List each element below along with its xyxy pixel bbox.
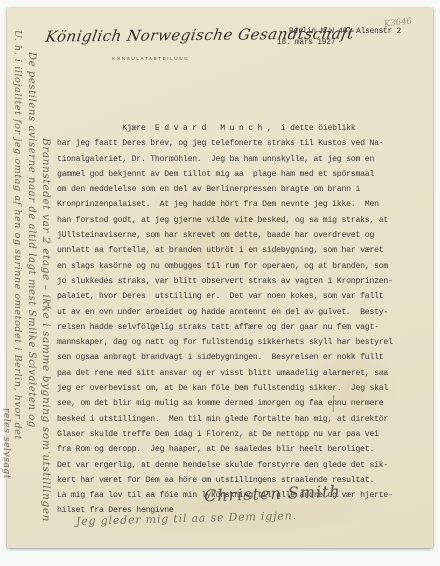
typed-line: ut av en ovn under arbeidet og hadde ann… xyxy=(57,305,419,320)
typed-line: jo slukkedes straks, var blitt observert… xyxy=(57,274,419,289)
typed-line: unnlatt aa fortelle, at branden utbröt i… xyxy=(57,243,419,258)
typed-line: Kronprinzenpalaiset. At jeg hadde hört f… xyxy=(57,197,419,212)
typed-line: jUllsteinaviserne, som har skrevet om de… xyxy=(57,228,419,243)
margin-note-line: U. h. i illojalitet for jeg omtag af hen… xyxy=(12,30,23,440)
typed-line: palaiet, hvor Deres utstilling er. Det v… xyxy=(57,289,419,304)
typed-line: en slags kasörne og nu ombugges til rum … xyxy=(57,259,419,274)
typed-line: Kjære E d v a r d M u n c h , i dette öi… xyxy=(57,121,419,136)
typed-line: fra Rom og deropp. Jeg haaper, at De saa… xyxy=(57,442,419,457)
typed-line: besked i utstillingen. Men til min glede… xyxy=(57,412,419,427)
typed-line: mannskaper, dag og natt og for fullstend… xyxy=(57,335,419,350)
typed-line: Glaser skulde treffe Dem idag i Florenz,… xyxy=(57,427,419,442)
typed-line: jeg er overbevisst om, at De kan föle De… xyxy=(57,381,419,396)
typed-line: har jeg faatt Deres brev, og jeg telefon… xyxy=(57,136,419,151)
typed-line: han forstod godt, at jeg gjerne vilde vi… xyxy=(57,213,419,228)
margin-note-line: De pestilens aviserne naar de altid lagt… xyxy=(26,52,37,428)
letterhead-department: KONSULATABTEILUNG xyxy=(112,56,189,61)
typed-line: sen ogsaa anbragt brandvagt i sidebygnin… xyxy=(57,350,419,365)
margin-note-line: Brannstedet var 2 etage – ikke i samme b… xyxy=(40,138,52,522)
typed-line: see, om det blir mig mulig aa komme dern… xyxy=(57,396,419,411)
margin-note-line: reles selvsagt xyxy=(1,408,11,479)
letter-body: Kjære E d v a r d M u n c h , i dette öi… xyxy=(57,121,419,519)
letter-date: 18. mars 1927 xyxy=(277,39,335,47)
scanned-letter-page: Königlich Norwegische Gesandtschaft KONS… xyxy=(0,0,440,566)
pencil-mark: x xyxy=(46,300,51,309)
typed-line: paa det rene med sitt ansvar og er visst… xyxy=(57,366,419,381)
typed-line: relsen hadde selvfölgelig straks tatt af… xyxy=(57,320,419,335)
typed-line: Det var ergerlig, at denne hendelse skul… xyxy=(57,458,419,473)
typed-line: gammel god bekjennt av Dem tillot mig aa… xyxy=(57,167,419,182)
typed-line: tionalgaleriet, Dr. Thormöhlen. Jeg ba h… xyxy=(57,152,419,167)
typed-line: om den meddelelse som en del av Berliner… xyxy=(57,182,419,197)
pencil-mark: . xyxy=(48,446,51,455)
